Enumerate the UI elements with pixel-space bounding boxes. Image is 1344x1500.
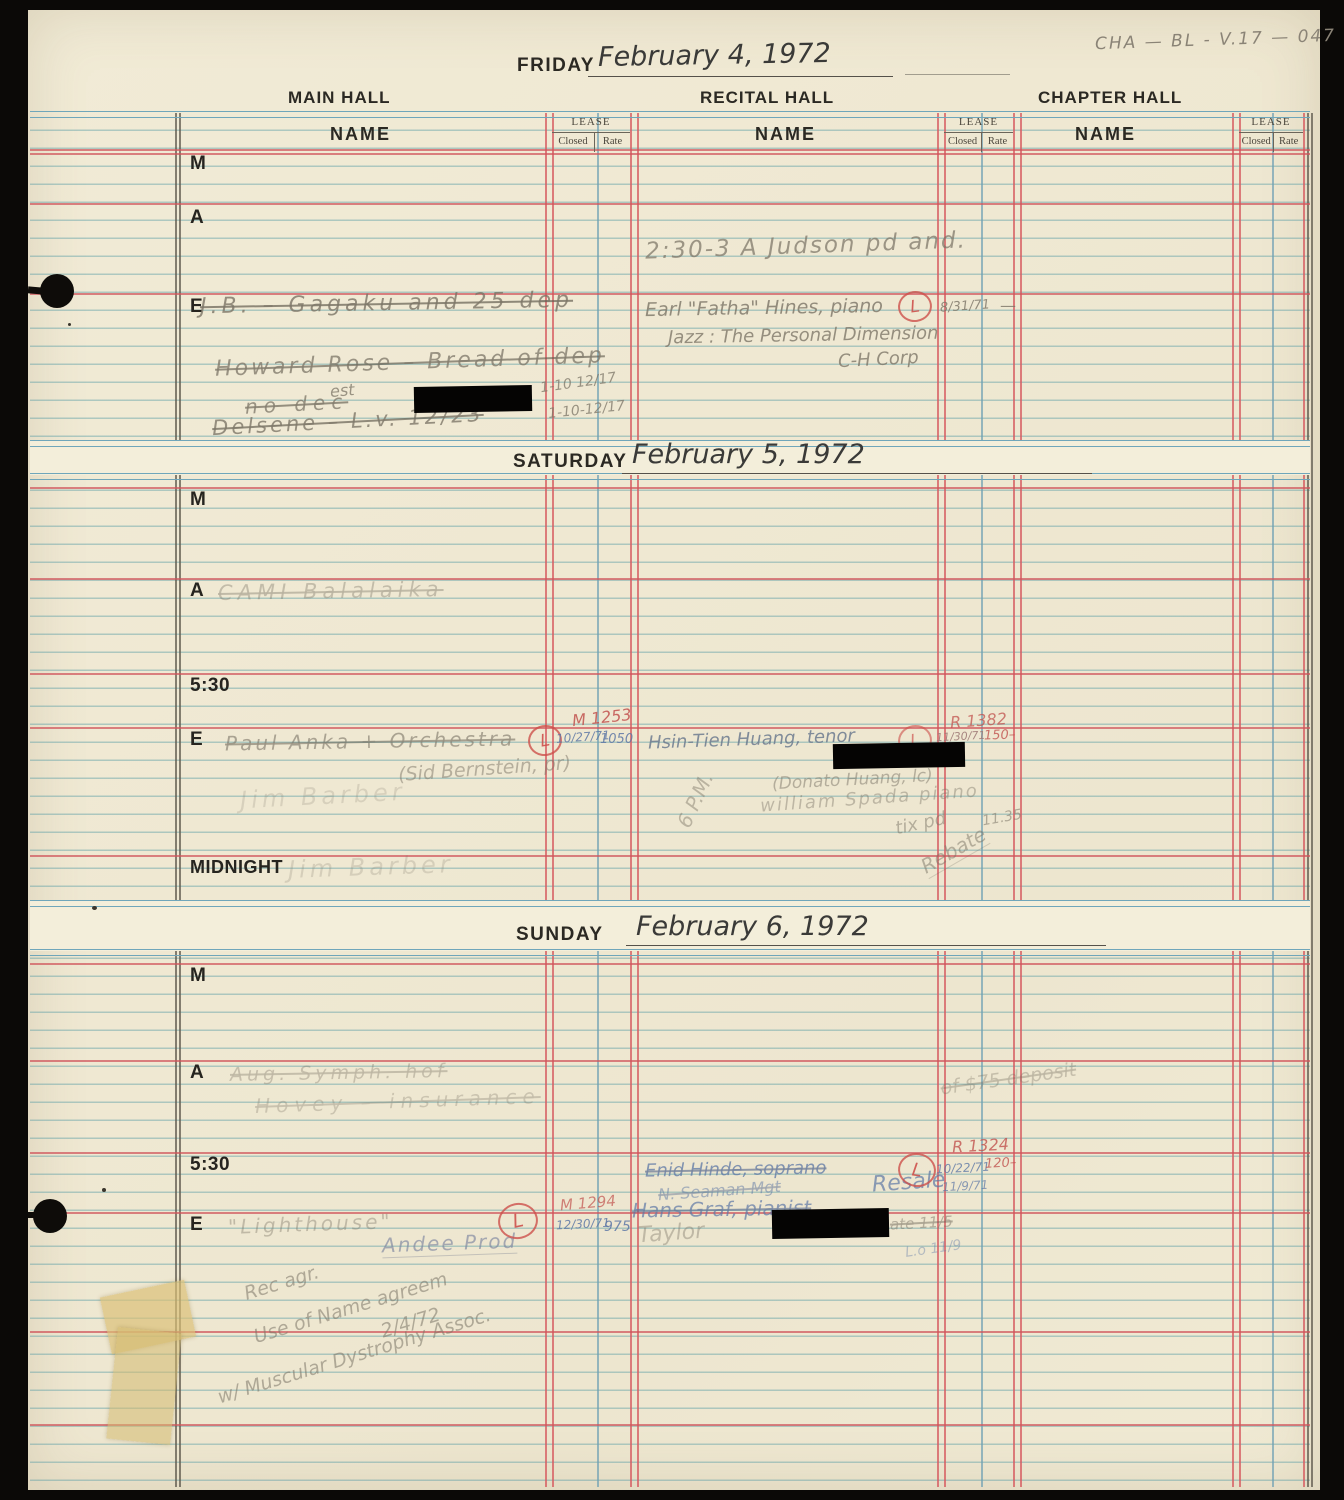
row-label-friday-morning: M — [190, 153, 206, 175]
entry-friday-recital-rate: — — [1000, 296, 1016, 315]
row-label-sunday-evening: E — [190, 1214, 203, 1236]
entry-sunday-recital-evening-scribble: Taylor — [637, 1219, 705, 1249]
archive-code: CHA — BL - V.17 — 047 — [1095, 26, 1337, 54]
closed-column-label: Closed — [944, 133, 981, 152]
entry-sunday-recital-closed-date: 10/22/71 — [936, 1160, 991, 1177]
binder-hole-punch — [40, 274, 74, 308]
row-label-saturday-midnight: MIDNIGHT — [190, 857, 283, 878]
lease-header-chapter: LEASE Closed Rate — [1239, 113, 1303, 152]
day-label-sunday: SUNDAY — [516, 924, 604, 946]
paper-speck — [92, 906, 97, 910]
binder-hole-tear — [28, 286, 45, 294]
rate-column-label: Rate — [1273, 133, 1303, 152]
lease-label: LEASE — [944, 113, 1013, 133]
row-label-saturday-afternoon: A — [190, 580, 204, 602]
day-label-saturday: SATURDAY — [513, 451, 627, 473]
entry-sunday-main-closed-date: 12/30/71 — [556, 1216, 611, 1233]
row-label-sunday-afternoon: A — [190, 1062, 204, 1084]
entry-saturday-main-evening-artist: Paul Anka + Orchestra — [225, 726, 516, 755]
row-label-saturday-evening: E — [190, 729, 203, 751]
row-label-saturday-morning: M — [190, 489, 206, 511]
hall-title-recital: RECITAL HALL — [700, 88, 834, 108]
entry-sunday-recital-530-artist: Enid Hinde, soprano — [645, 1157, 827, 1181]
binder-hole-tear — [28, 1212, 38, 1218]
entry-sunday-main-rate: 975 — [604, 1219, 631, 1235]
entry-sunday-recital-lease-code: R 1324 — [952, 1135, 1010, 1157]
entry-saturday-main-rate: 1050 — [600, 732, 633, 747]
date-underline — [626, 919, 1106, 946]
date-underline — [588, 50, 893, 77]
date-underline — [905, 50, 1010, 75]
entry-sunday-recital-rate: 120– — [985, 1155, 1017, 1172]
entry-sunday-recital-evening-note: ate 11/5 — [890, 1212, 954, 1233]
name-column-header-main: NAME — [330, 124, 391, 145]
entry-friday-recital-presenter: C-H Corp — [838, 347, 920, 372]
row-label-friday-afternoon: A — [190, 207, 204, 229]
closed-column-label: Closed — [552, 133, 594, 152]
name-column-header-recital: NAME — [755, 124, 816, 145]
day-label-friday: FRIDAY — [517, 55, 595, 77]
row-label-sunday-morning: M — [190, 965, 206, 987]
hall-title-chapter: CHAPTER HALL — [1038, 88, 1182, 108]
redaction-box — [414, 385, 532, 413]
lease-label: LEASE — [1239, 113, 1303, 133]
row-label-sunday-530: 5:30 — [190, 1154, 230, 1176]
closed-column-label: Closed — [1239, 133, 1273, 152]
paper-speck — [68, 323, 71, 326]
row-label-saturday-530: 5:30 — [190, 675, 230, 697]
lease-label: LEASE — [552, 113, 630, 133]
lease-header-recital: LEASE Closed Rate — [944, 113, 1013, 152]
tape-fragment — [106, 1327, 181, 1445]
entry-saturday-recital-rate: 150– — [984, 727, 1016, 743]
entry-sunday-main-evening-producer: Andee Prod — [382, 1229, 518, 1259]
hall-title-main: MAIN HALL — [288, 88, 390, 108]
redaction-box — [833, 742, 965, 769]
rate-column-label: Rate — [981, 133, 1013, 152]
entry-sunday-main-afternoon-1: Aug. Symph. hof — [230, 1060, 448, 1086]
date-underline — [622, 447, 1092, 474]
lease-header-main: LEASE Closed Rate — [552, 113, 630, 152]
entry-sunday-recital-closed-date-2: 11/9/71 — [942, 1178, 989, 1194]
entry-saturday-midnight-note: Jim Barber — [288, 850, 455, 884]
scanned-ledger-photo: CHA — BL - V.17 — 047 FRIDAY February 4,… — [0, 0, 1344, 1500]
paper-speck — [102, 1188, 106, 1192]
rate-column-label: Rate — [594, 133, 630, 152]
name-column-header-chapter: NAME — [1075, 124, 1136, 145]
redaction-box — [772, 1208, 889, 1239]
entry-friday-recital-evening-artist: Earl "Fatha" Hines, piano — [645, 295, 883, 321]
binder-hole-punch — [33, 1199, 67, 1233]
ledger-page: CHA — BL - V.17 — 047 FRIDAY February 4,… — [28, 10, 1320, 1490]
entry-saturday-main-afternoon: CAMI Balalaika — [218, 577, 444, 605]
